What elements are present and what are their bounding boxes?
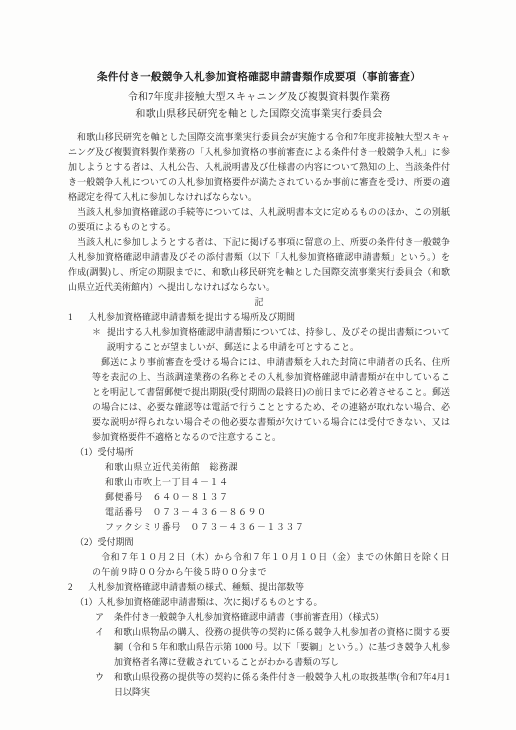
doc-title: 条件付き一般競争入札参加資格確認申請書類作成要項（事前審査）	[68, 70, 450, 86]
list-item-u-marker: ウ	[95, 670, 114, 700]
section-2-number: 2	[68, 580, 88, 595]
list-item-u-text: 和歌山県役務の提供等の契約に係る条件付き一般競争入札の取扱基準(令和7年4月1日…	[114, 670, 450, 700]
list-item-u: ウ 和歌山県役務の提供等の契約に係る条件付き一般競争入札の取扱基準(令和7年4月…	[95, 670, 450, 700]
reception-period-text: 令和７年１０月２日（木）から令和７年１０月１０日（金）までの休館日を除く日の午前…	[92, 550, 450, 580]
reception-place-label: （1）受付場所	[75, 445, 450, 460]
section-2-sub1-label: （1）入札参加資格確認申請書類は、次に掲げるものとする。	[75, 595, 450, 610]
section-2-heading: 2 入札参加資格確認申請書類の様式、種類、提出部数等	[68, 580, 450, 595]
spacer	[68, 123, 450, 130]
reception-place-postal-code: 郵便番号 ６４０－８１３７	[105, 490, 450, 505]
reception-period-label: （2）受付期間	[75, 535, 450, 550]
list-item-a: ア 条件付き一般競争入札参加資格確認申請書（事前審査用）（様式5）	[95, 610, 450, 625]
list-item-i-text: 和歌山県物品の購入、役務の提供等の契約に係る競争入札参加者の資格に関する要綱（令…	[114, 625, 450, 670]
reception-place-fax: ファクシミリ番号 ０７３－４３６－１３３７	[105, 520, 450, 535]
list-item-a-marker: ア	[95, 610, 114, 625]
reception-place-address: 和歌山市吹上一丁目４－１４	[105, 475, 450, 490]
section-2-heading-text: 入札参加資格確認申請書類の様式、種類、提出部数等	[88, 580, 450, 595]
doc-subtitle-committee: 和歌山県移民研究を軸とした国際交流事業実行委員会	[68, 106, 450, 123]
reception-place-venue: 和歌山県立近代美術館 総務課	[105, 460, 450, 475]
record-marker: 記	[68, 295, 450, 310]
section-1-number: 1	[68, 310, 88, 325]
list-item-i: イ 和歌山県物品の購入、役務の提供等の契約に係る競争入札参加者の資格に関する要綱…	[95, 625, 450, 670]
star-note-marker: ＊	[92, 325, 107, 355]
list-item-i-marker: イ	[95, 625, 114, 670]
mail-note: 郵送により事前審査を受ける場合には、申請書類を入れた封筒に申請者の氏名、住所等を…	[92, 355, 450, 445]
star-note-text: 提出する入札参加資格確認申請書類については、持参し、及びその提出書類について説明…	[107, 325, 450, 355]
intro-paragraph-2: 当該入札参加資格確認の手続等については、入札説明書本文に定めるもののほか、この別…	[68, 205, 450, 235]
star-note: ＊ 提出する入札参加資格確認申請書類については、持参し、及びその提出書類について…	[92, 325, 450, 355]
document-page: 条件付き一般競争入札参加資格確認申請書類作成要項（事前審査） 令和7年度非接触大…	[0, 0, 516, 730]
reception-place-phone: 電話番号 ０７３－４３６－８６９０	[105, 505, 450, 520]
section-1-heading: 1 入札参加資格確認申請書類を提出する場所及び期間	[68, 310, 450, 325]
section-1-heading-text: 入札参加資格確認申請書類を提出する場所及び期間	[88, 310, 450, 325]
intro-paragraph-1: 和歌山移民研究を軸とした国際交流事業実行委員会が実施する令和7年度非接触大型スキ…	[68, 130, 450, 205]
intro-paragraph-3: 当該入札に参加しようとする者は、下記に掲げる事項に留意の上、所要の条件付き一般競…	[68, 235, 450, 295]
list-item-a-text: 条件付き一般競争入札参加資格確認申請書（事前審査用）（様式5）	[114, 610, 450, 625]
doc-subtitle-project: 令和7年度非接触大型スキャニング及び複製資料製作業務	[68, 89, 450, 106]
